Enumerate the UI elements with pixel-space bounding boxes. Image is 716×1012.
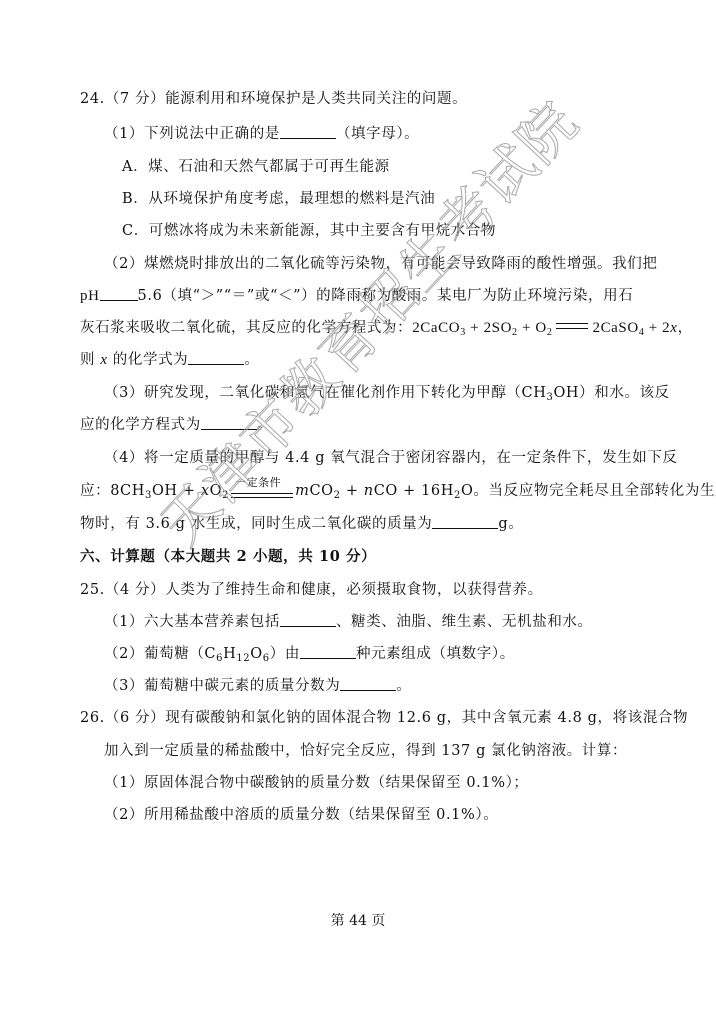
document-page: 24.（7 分）能源利用和环境保护是人类共同关注的问题。 （1）下列说法中正确的…: [0, 0, 716, 1012]
q24-part2-line3: 灰石浆来吸收二氧化硫，其反应的化学方程式为：2CaCO3 + 2SO2 + O2…: [80, 318, 693, 338]
equals-sign: [556, 323, 588, 329]
q26-line2: 加入到一定质量的稀盐酸中，恰好完全反应，得到 137 g 氯化钠溶液。计算：: [104, 741, 627, 761]
q24-part2-line3-text: 灰石浆来吸收二氧化硫，其反应的化学方程式为：: [80, 320, 412, 336]
answer-blank: [201, 415, 257, 430]
page-number: 第 44 页: [0, 910, 716, 930]
q24-part2-line2: pH5.6（填“＞”“＝”或“＜”）的降雨称为酸雨。某电厂为防止环境污染，用石: [80, 286, 633, 306]
ph-label: pH: [80, 288, 100, 304]
answer-blank: [100, 286, 138, 301]
q24-part2-line2-text: 5.6（填“＞”“＝”或“＜”）的降雨称为酸雨。某电厂为防止环境污染，用石: [138, 288, 634, 304]
reaction-condition: 一定条件: [231, 481, 293, 501]
q25-header: 25.（4 分）人类为了维持生命和健康，必须摄取食物，以获得营养。: [80, 580, 543, 600]
answer-blank: [300, 644, 356, 659]
q25-part2: （2）葡萄糖（C6H12O6）由种元素组成（填数字）。: [104, 644, 515, 664]
q24-part3-line2: 应的化学方程式为。: [80, 415, 272, 435]
answer-blank: [340, 676, 396, 691]
q24-option-b: B．从环境保护角度考虑，最理想的燃料是汽油: [122, 189, 435, 209]
answer-blank: [188, 350, 244, 365]
chemical-equation: 2CaCO3 + 2SO2 + O22CaSO4 + 2x: [412, 320, 677, 336]
q24-part4-line3: 物时，有 3.6 g 水生成，同时生成二氧化碳的质量为g。: [80, 514, 523, 534]
answer-blank: [280, 124, 336, 139]
q25-part3: （3）葡萄糖中碳元素的质量分数为。: [104, 676, 411, 696]
q24-part3-line1: （3）研究发现，二氧化碳和氢气在催化剂作用下转化为甲醇（CH3OH）和水。该反: [104, 383, 670, 403]
q24-part2-line4: 则 x 的化学式为。: [80, 350, 259, 370]
q25-part1: （1）六大基本营养素包括、糖类、油脂、维生素、无机盐和水。: [104, 612, 593, 632]
q24-option-c: C．可燃冰将成为未来新能源，其中主要含有甲烷水合物: [122, 221, 496, 241]
q26-part2: （2）所用稀盐酸中溶质的质量分数（结果保留至 0.1%）。: [104, 805, 498, 825]
q24-option-a: A．煤、石油和天然气都属于可再生能源: [122, 157, 390, 177]
q24-part1-suffix: （填字母）。: [336, 126, 419, 142]
q24-part1: （1）下列说法中正确的是（填字母）。: [104, 124, 419, 144]
q24-part1-text: （1）下列说法中正确的是: [104, 126, 280, 142]
q26-line1: 26.（6 分）现有碳酸钠和氯化钠的固体混合物 12.6 g，其中含氧元素 4.…: [80, 708, 688, 728]
answer-blank: [432, 514, 498, 529]
section-title: 六、计算题（本大题共 2 小题，共 10 分）: [80, 547, 376, 567]
q24-part4-line1: （4）将一定质量的甲醇与 4.4 g 氧气混合于密闭容器内，在一定条件下，发生如…: [104, 448, 678, 468]
answer-blank: [280, 612, 336, 627]
q24-part2-line1: （2）煤燃烧时排放出的二氧化硫等污染物，有可能会导致降雨的酸性增强。我们把: [104, 254, 657, 274]
q24-part4-line2: 应：8CH3OH + xO2一定条件mCO2 + nCO + 16H2O。当反应…: [80, 481, 716, 501]
q26-part1: （1）原固体混合物中碳酸钠的质量分数（结果保留至 0.1%）；: [104, 773, 529, 793]
q24-header: 24.（7 分）能源利用和环境保护是人类共同关注的问题。: [80, 89, 467, 109]
